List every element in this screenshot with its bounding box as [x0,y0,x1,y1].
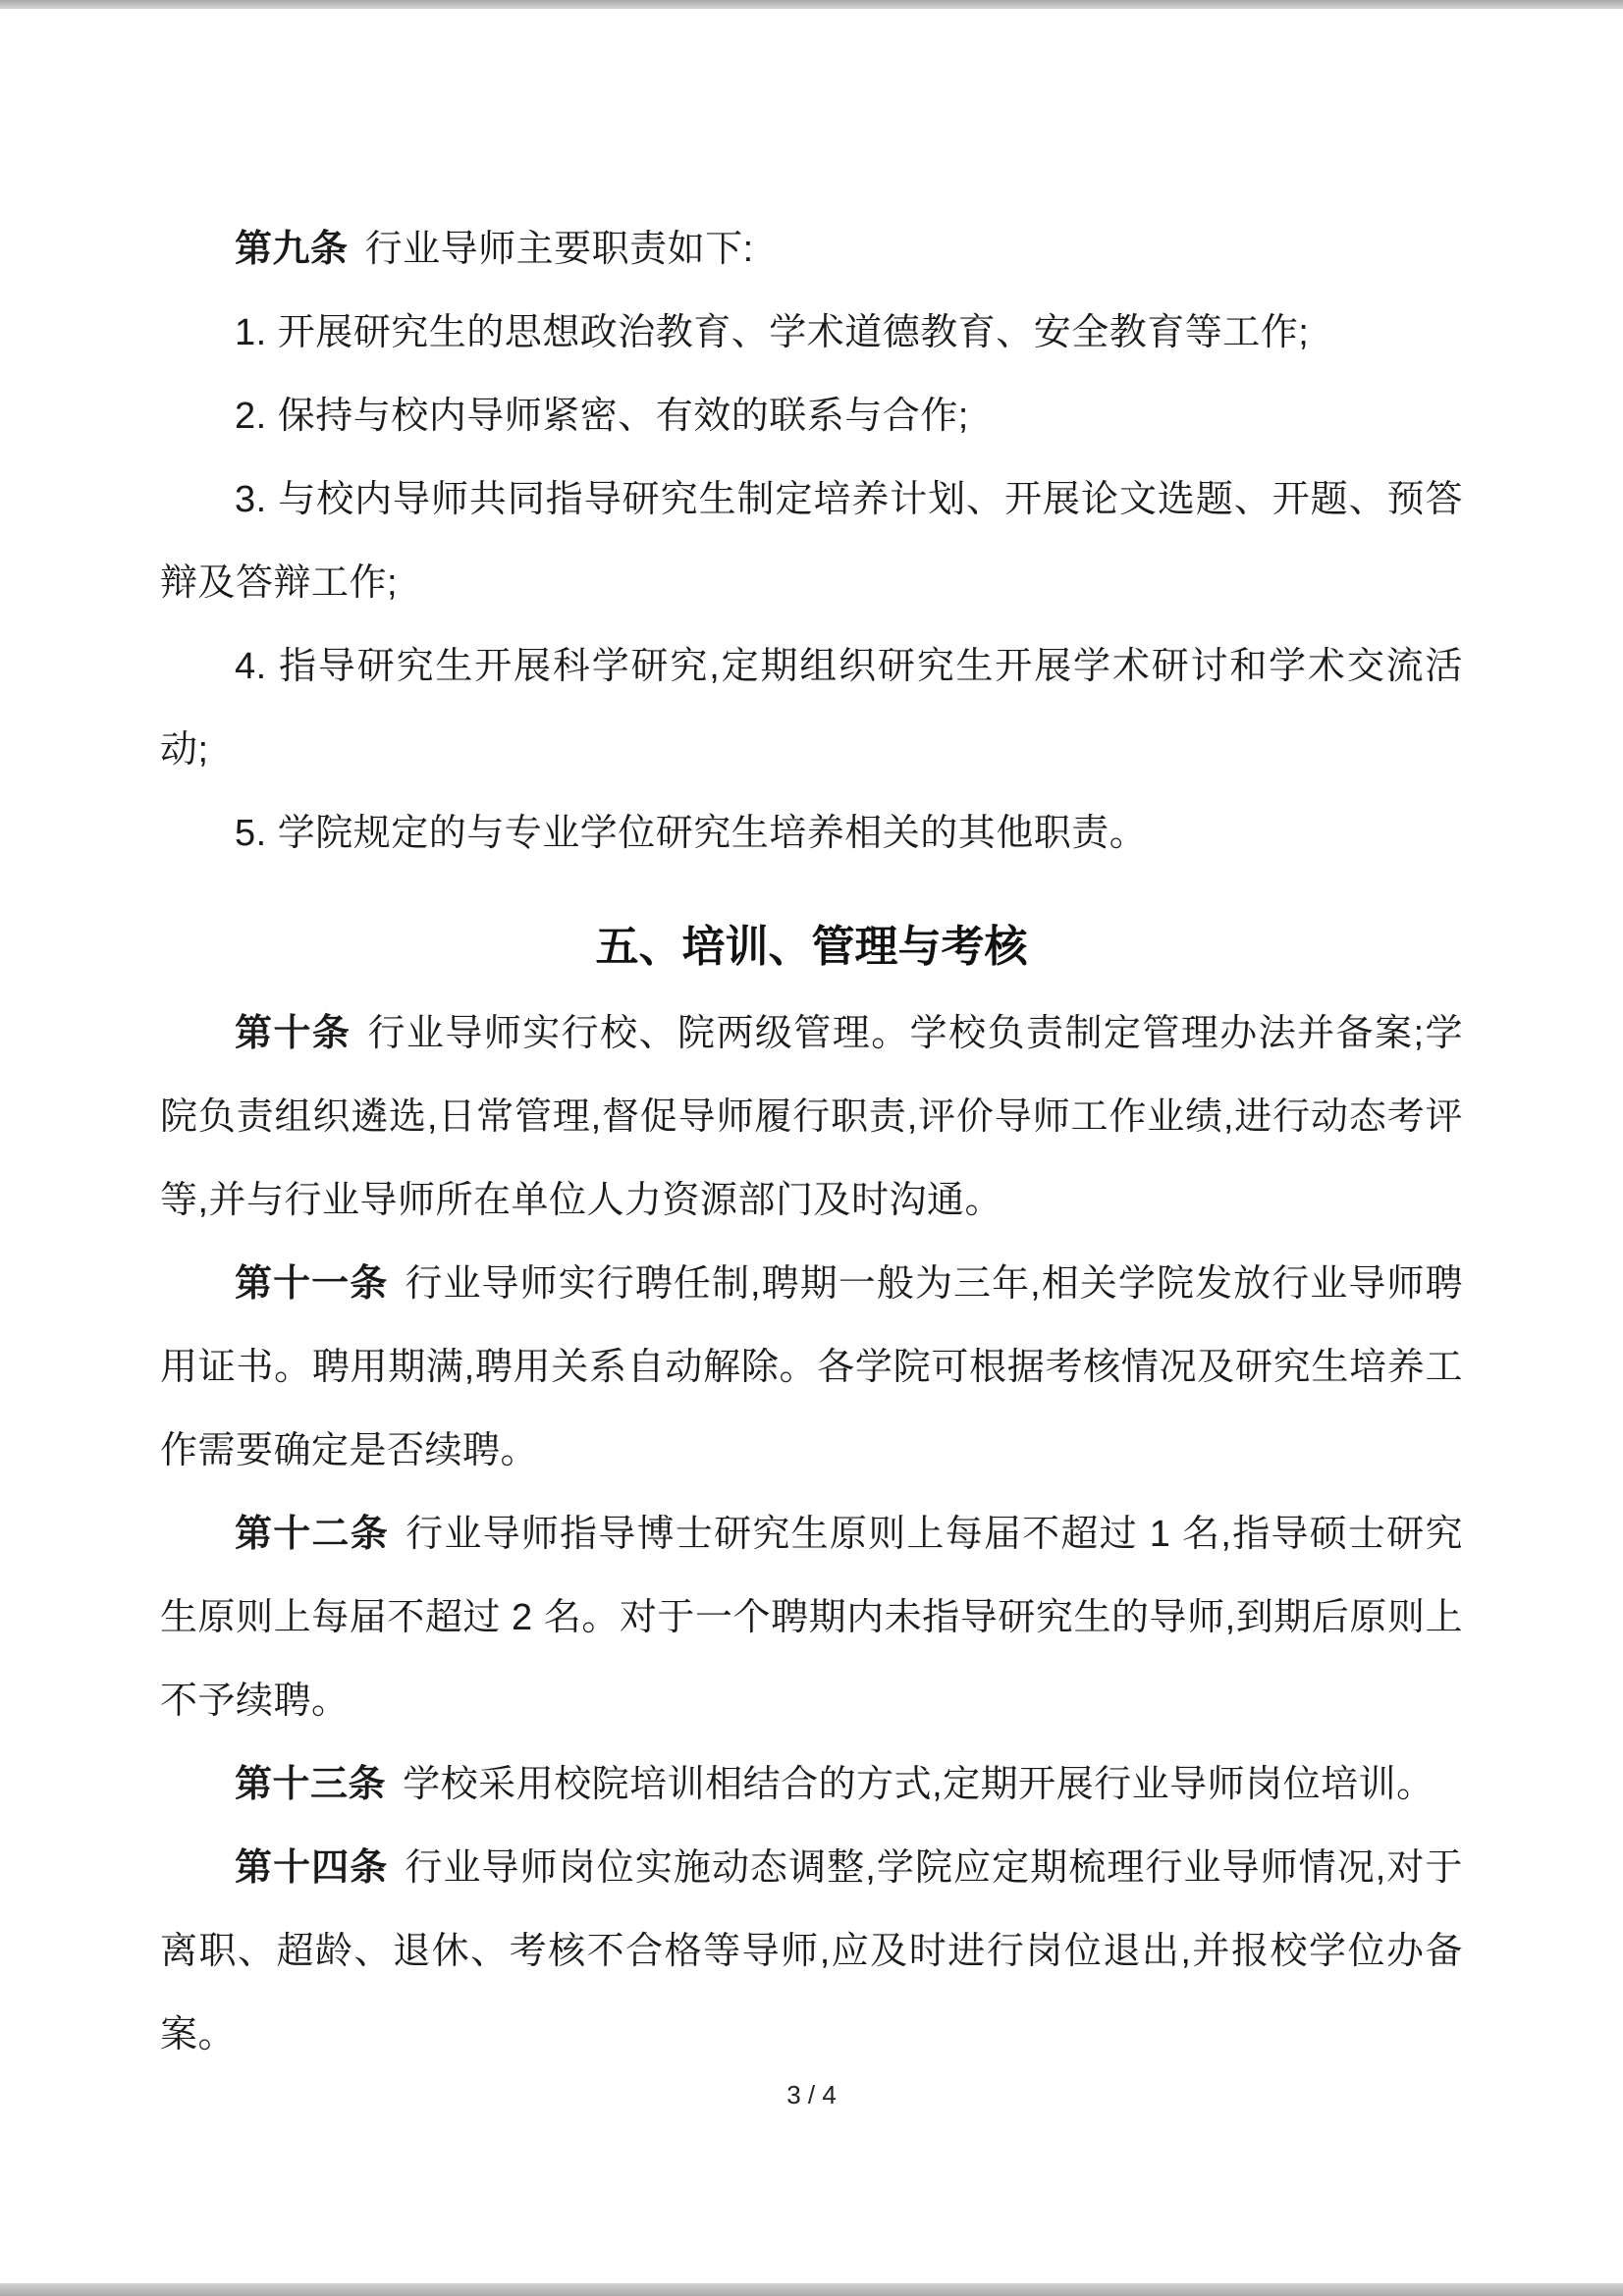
article-10-text: 行业导师实行校、院两级管理。学校负责制定管理办法并备案;学院负责组织遴选,日常管… [160,1013,1463,1221]
article-9-text: 行业导师主要职责如下: [365,229,754,270]
article-12-number: 第十二条 [235,1514,389,1555]
duty-item-5: 5. 学院规定的与专业学位研究生培养相关的其他职责。 [160,792,1463,876]
article-13-text: 学校采用校院培训相结合的方式,定期开展行业导师岗位培训。 [403,1764,1434,1805]
page-number: 3 / 4 [0,2079,1623,2110]
page-content: 第九条行业导师主要职责如下: 1. 开展研究生的思想政治教育、学术道德教育、安全… [160,208,1463,2077]
article-13-number: 第十三条 [235,1764,386,1805]
duty-item-2-text: 2. 保持与校内导师紧密、有效的联系与合作; [235,396,969,437]
article-10: 第十条行业导师实行校、院两级管理。学校负责制定管理办法并备案;学院负责组织遴选,… [160,992,1463,1243]
article-14-number: 第十四条 [235,1847,388,1889]
duty-item-1: 1. 开展研究生的思想政治教育、学术道德教育、安全教育等工作; [160,292,1463,375]
section-heading: 五、培训、管理与考核 [160,905,1463,988]
article-13: 第十三条学校采用校院培训相结合的方式,定期开展行业导师岗位培训。 [160,1743,1463,1827]
duty-item-4-text: 4. 指导研究生开展科学研究,定期组织研究生开展学术研讨和学术交流活动; [160,646,1463,771]
duty-item-2: 2. 保持与校内导师紧密、有效的联系与合作; [160,375,1463,458]
duty-item-5-text: 5. 学院规定的与专业学位研究生培养相关的其他职责。 [235,813,1147,854]
article-10-number: 第十条 [235,1013,351,1054]
duty-item-1-text: 1. 开展研究生的思想政治教育、学术道德教育、安全教育等工作; [235,312,1309,353]
article-9-number: 第九条 [235,229,349,270]
document-page: 第九条行业导师主要职责如下: 1. 开展研究生的思想政治教育、学术道德教育、安全… [0,0,1623,2296]
page-edge-bottom [0,2283,1623,2296]
duty-item-3: 3. 与校内导师共同指导研究生制定培养计划、开展论文选题、开题、预答辩及答辩工作… [160,458,1463,625]
article-9: 第九条行业导师主要职责如下: [160,208,1463,292]
article-11: 第十一条行业导师实行聘任制,聘期一般为三年,相关学院发放行业导师聘用证书。聘用期… [160,1243,1463,1493]
duty-item-3-text: 3. 与校内导师共同指导研究生制定培养计划、开展论文选题、开题、预答辩及答辩工作… [160,479,1463,604]
article-12: 第十二条行业导师指导博士研究生原则上每届不超过 1 名,指导硕士研究生原则上每届… [160,1493,1463,1743]
page-edge-top [0,0,1623,9]
article-14: 第十四条行业导师岗位实施动态调整,学院应定期梳理行业导师情况,对于离职、超龄、退… [160,1827,1463,2077]
duty-item-4: 4. 指导研究生开展科学研究,定期组织研究生开展学术研讨和学术交流活动; [160,625,1463,792]
article-11-number: 第十一条 [235,1263,388,1305]
